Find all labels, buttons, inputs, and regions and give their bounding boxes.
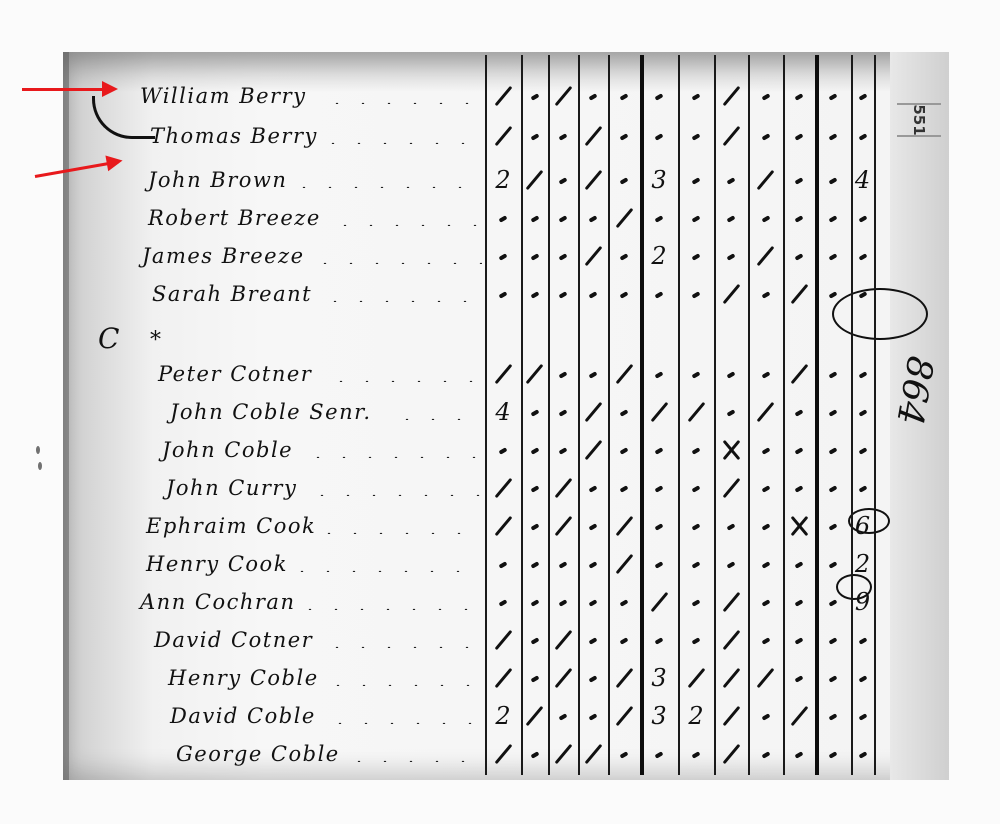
tally-cell [644, 81, 674, 111]
tally-dot-icon [620, 485, 629, 492]
tally-dot-icon [620, 637, 629, 644]
tally-dot-icon [829, 599, 838, 606]
tally-dot-icon [530, 409, 539, 416]
tally-cell [818, 663, 848, 693]
tally-cross-icon [787, 514, 811, 538]
tally-dot-icon [692, 177, 701, 184]
tally-stroke-icon [584, 744, 602, 764]
tally-dot-icon [559, 409, 568, 416]
entry-name: Sarah Breant [152, 276, 312, 312]
tally-cell [818, 203, 848, 233]
tally-cell [716, 701, 746, 731]
tally-dot-icon [530, 215, 539, 222]
tally-cell [751, 473, 781, 503]
tally-cell: 4 [848, 165, 878, 195]
tally-dot-icon [655, 637, 664, 644]
tally-cell [784, 625, 814, 655]
tally-dot-icon [795, 409, 804, 416]
tally-cell [681, 279, 711, 309]
tally-dot-icon [761, 523, 770, 530]
tally-cell [548, 121, 578, 151]
dot-leader [332, 224, 483, 226]
entry-name: Ann Cochran [140, 584, 295, 620]
tally-cell [578, 435, 608, 465]
tally-dot-icon [530, 133, 539, 140]
tally-dot-icon [727, 215, 736, 222]
tally-cell [609, 203, 639, 233]
tally-cell [681, 435, 711, 465]
tally-dot-icon [795, 561, 804, 568]
tally-cell [578, 241, 608, 271]
tally-cell [848, 701, 878, 731]
tally-cell [548, 663, 578, 693]
tally-cell [520, 435, 550, 465]
column-rule [678, 55, 680, 775]
tally-cell [609, 663, 639, 693]
tally-dot-icon [829, 215, 838, 222]
tally-dot-icon [589, 485, 598, 492]
tally-cell [818, 511, 848, 541]
tally-cell: 2 [644, 241, 674, 271]
tally-dot-icon [655, 291, 664, 298]
tally-dot-icon [795, 751, 804, 758]
tally-dot-icon [795, 177, 804, 184]
tally-cell [520, 625, 550, 655]
tally-cell [848, 473, 878, 503]
tally-dot-icon [829, 177, 838, 184]
tally-cell [681, 241, 711, 271]
tally-cell [784, 435, 814, 465]
tally-dot-icon [795, 133, 804, 140]
tally-dot-icon [829, 93, 838, 100]
tally-cell [520, 587, 550, 617]
tally-stroke-icon [526, 364, 544, 384]
tally-dot-icon [559, 599, 568, 606]
tally-dot-icon [692, 523, 701, 530]
section-asterisk: * [150, 328, 161, 353]
tally-cell: 9 [848, 587, 878, 617]
tally-dot-icon [620, 291, 629, 298]
tally-cell [578, 549, 608, 579]
tally-dot-icon [829, 133, 838, 140]
tally-dot-icon [761, 133, 770, 140]
tally-cell [818, 701, 848, 731]
tally-cell [818, 549, 848, 579]
tally-cell [848, 625, 878, 655]
tally-cell [520, 739, 550, 769]
tally-dot-icon [530, 291, 539, 298]
tally-cell [520, 511, 550, 541]
tally-dot-icon [655, 215, 664, 222]
tally-cell [818, 473, 848, 503]
tally-dot-icon [829, 291, 838, 298]
tally-dot-icon [589, 599, 598, 606]
dot-leader [328, 380, 482, 382]
tally-cell [488, 663, 518, 693]
tally-dot-icon [858, 133, 867, 140]
tally-cell [751, 203, 781, 233]
tally-dot-icon [559, 215, 568, 222]
tally-cell [548, 203, 578, 233]
tally-dot-icon [499, 291, 508, 298]
tally-cell [716, 397, 746, 427]
tally-cell [644, 511, 674, 541]
tally-dot-icon [530, 523, 539, 530]
tally-cell [818, 279, 848, 309]
tally-cell [488, 121, 518, 151]
tally-dot-icon [761, 291, 770, 298]
tally-cell [848, 663, 878, 693]
tally-dot-icon [795, 485, 804, 492]
tally-cell [609, 435, 639, 465]
tally-cell [609, 397, 639, 427]
tally-number: 3 [651, 166, 666, 194]
tally-cell [578, 279, 608, 309]
tally-dot-icon [829, 371, 838, 378]
tally-dot-icon [727, 409, 736, 416]
tally-cell [848, 397, 878, 427]
tally-dot-icon [589, 523, 598, 530]
tally-cell [548, 549, 578, 579]
tally-dot-icon [589, 93, 598, 100]
tally-stroke-icon [494, 86, 512, 106]
tally-cell [609, 81, 639, 111]
dot-leader [324, 646, 482, 648]
tally-dot-icon [829, 675, 838, 682]
dot-leader [316, 532, 482, 534]
tally-dot-icon [761, 485, 770, 492]
tally-cell [609, 701, 639, 731]
tally-cell [716, 473, 746, 503]
tally-dot-icon [692, 253, 701, 260]
tally-dot-icon [858, 93, 867, 100]
tally-cell [609, 241, 639, 271]
tally-dot-icon [589, 713, 598, 720]
tally-dot-icon [829, 253, 838, 260]
tally-cell [716, 81, 746, 111]
tally-dot-icon [761, 93, 770, 100]
tally-cell [609, 121, 639, 151]
tally-cell: 2 [488, 165, 518, 195]
tally-stroke-icon [584, 402, 602, 422]
tally-cell [520, 359, 550, 389]
tally-dot-icon [655, 523, 664, 530]
tally-dot-icon [858, 371, 867, 378]
tally-stroke-icon [615, 364, 633, 384]
tally-dot-icon [858, 447, 867, 454]
entry-name: John Coble Senr. [170, 394, 372, 430]
tally-cell: 3 [644, 663, 674, 693]
tally-number: 4 [855, 166, 870, 194]
tally-dot-icon [620, 93, 629, 100]
tally-dot-icon [499, 599, 508, 606]
tally-cell [488, 625, 518, 655]
tally-stroke-icon [615, 208, 633, 228]
tally-dot-icon [795, 215, 804, 222]
tally-cell [488, 549, 518, 579]
tally-dot-icon [692, 133, 701, 140]
entry-name: John Brown [148, 162, 287, 198]
tally-cell [716, 121, 746, 151]
tally-cell [520, 397, 550, 427]
tally-cell [751, 587, 781, 617]
tally-cell [488, 587, 518, 617]
tally-cell [578, 165, 608, 195]
tally-dot-icon [620, 447, 629, 454]
tally-stroke-icon [494, 744, 512, 764]
tally-stroke-icon [722, 592, 740, 612]
tally-cell [548, 435, 578, 465]
tally-dot-icon [692, 599, 701, 606]
entry-name: Henry Cook [146, 546, 288, 582]
tally-cell [520, 701, 550, 731]
tally-dot-icon [499, 561, 508, 568]
tally-stroke-icon [494, 630, 512, 650]
tally-stroke-icon [615, 668, 633, 688]
tally-cell [644, 121, 674, 151]
tally-dot-icon [795, 253, 804, 260]
tally-cell [488, 359, 518, 389]
tally-cell [818, 359, 848, 389]
tally-cell [488, 279, 518, 309]
tally-cell [609, 165, 639, 195]
tally-cell: 2 [488, 701, 518, 731]
tally-dot-icon [530, 253, 539, 260]
tally-cell [784, 701, 814, 731]
tally-dot-icon [530, 637, 539, 644]
tally-stroke-icon [554, 86, 572, 106]
tally-dot-icon [829, 447, 838, 454]
tally-stroke-icon [790, 706, 808, 726]
tally-number: 3 [651, 664, 666, 692]
tally-dot-icon [499, 447, 508, 454]
tally-cell [818, 435, 848, 465]
ink-spot [36, 446, 40, 454]
tally-cell [578, 587, 608, 617]
tally-cell: 6 [848, 511, 878, 541]
tally-cell [716, 241, 746, 271]
tally-dot-icon [530, 751, 539, 758]
tally-cell [520, 663, 550, 693]
tally-cell [548, 165, 578, 195]
tally-dot-icon [761, 215, 770, 222]
dot-leader [320, 142, 482, 144]
tally-dot-icon [559, 253, 568, 260]
tally-cell [681, 625, 711, 655]
entry-name: David Cotner [154, 622, 313, 658]
tally-dot-icon [589, 637, 598, 644]
tally-cell [751, 397, 781, 427]
tally-dot-icon [858, 409, 867, 416]
tally-dot-icon [559, 447, 568, 454]
tally-cell [751, 663, 781, 693]
tally-cell [609, 359, 639, 389]
tally-cell [818, 739, 848, 769]
tally-dot-icon [692, 637, 701, 644]
tally-dot-icon [530, 447, 539, 454]
tally-dot-icon [727, 253, 736, 260]
tally-cell [716, 279, 746, 309]
tally-cell [784, 739, 814, 769]
tally-cell [548, 625, 578, 655]
tally-cell [848, 241, 878, 271]
tally-dot-icon [829, 409, 838, 416]
tally-cell [784, 121, 814, 151]
tally-number: 9 [855, 588, 870, 616]
tally-cell [716, 625, 746, 655]
tally-dot-icon [620, 253, 629, 260]
tally-cell [716, 203, 746, 233]
tally-stroke-icon [722, 706, 740, 726]
tally-cell [520, 549, 550, 579]
tally-dot-icon [589, 371, 598, 378]
tally-cell [716, 549, 746, 579]
tally-stroke-icon [554, 668, 572, 688]
dot-leader [305, 456, 482, 458]
tally-dot-icon [858, 485, 867, 492]
tally-stroke-icon [615, 554, 633, 574]
tally-cell [488, 511, 518, 541]
entry-name: George Coble [176, 736, 340, 772]
tally-stroke-icon [687, 402, 705, 422]
tally-cell [784, 203, 814, 233]
tally-cell [644, 473, 674, 503]
tally-cell [681, 549, 711, 579]
tally-cell [578, 625, 608, 655]
tally-stroke-icon [650, 592, 668, 612]
tally-dot-icon [655, 371, 664, 378]
entry-name: James Breeze [142, 238, 305, 274]
tally-cell [548, 511, 578, 541]
tally-cell [488, 203, 518, 233]
tally-cell [848, 279, 878, 309]
tally-cell [818, 397, 848, 427]
tally-dot-icon [795, 675, 804, 682]
tally-stroke-icon [584, 440, 602, 460]
tally-stroke-icon [722, 744, 740, 764]
tally-dot-icon [761, 561, 770, 568]
entry-name: Ephraim Cook [146, 508, 316, 544]
tally-cell [681, 359, 711, 389]
red-arrow-icon [22, 88, 114, 91]
tally-cell [578, 701, 608, 731]
tally-dot-icon [620, 133, 629, 140]
tally-cell [609, 739, 639, 769]
tally-cell [520, 473, 550, 503]
tally-stroke-icon [757, 246, 775, 266]
tally-cell [716, 165, 746, 195]
tally-dot-icon [761, 447, 770, 454]
tally-cell [548, 587, 578, 617]
tally-cell [716, 359, 746, 389]
tally-cell [609, 587, 639, 617]
tally-dot-icon [692, 215, 701, 222]
tally-cell [848, 203, 878, 233]
tally-cell [644, 625, 674, 655]
tally-dot-icon [858, 751, 867, 758]
tally-dot-icon [559, 291, 568, 298]
tally-stroke-icon [757, 170, 775, 190]
tally-stroke-icon [526, 170, 544, 190]
tally-dot-icon [589, 675, 598, 682]
tally-dot-icon [530, 599, 539, 606]
tally-cell [578, 359, 608, 389]
tally-dot-icon [795, 93, 804, 100]
tally-dot-icon [727, 561, 736, 568]
tally-cell [716, 739, 746, 769]
tally-cell [609, 511, 639, 541]
tally-stroke-icon [584, 170, 602, 190]
dot-leader [291, 186, 482, 188]
tally-cell [751, 279, 781, 309]
tally-dot-icon [761, 637, 770, 644]
section-letter: C [98, 322, 119, 355]
tally-stroke-icon [584, 246, 602, 266]
tally-stroke-icon [722, 86, 740, 106]
tally-cell [488, 435, 518, 465]
tally-dot-icon [858, 713, 867, 720]
dot-leader [327, 722, 483, 724]
tally-dot-icon [655, 561, 664, 568]
tally-dot-icon [829, 561, 838, 568]
tally-cell [784, 81, 814, 111]
tally-cell [681, 203, 711, 233]
entry-name: John Curry [166, 470, 297, 506]
dot-leader [312, 262, 482, 264]
tally-cell [578, 81, 608, 111]
tally-stroke-icon [790, 364, 808, 384]
tally-stroke-icon [757, 402, 775, 422]
tally-cell [818, 121, 848, 151]
tally-dot-icon [829, 713, 838, 720]
tally-cell [578, 663, 608, 693]
tally-dot-icon [499, 215, 508, 222]
tally-cell [520, 81, 550, 111]
entry-name: William Berry [140, 78, 307, 114]
tally-cell [681, 165, 711, 195]
tally-cell [520, 165, 550, 195]
tally-dot-icon [589, 561, 598, 568]
tally-stroke-icon [494, 126, 512, 146]
tally-cross-icon [719, 438, 743, 462]
tally-cell [681, 473, 711, 503]
tally-dot-icon [620, 409, 629, 416]
tally-cell [784, 359, 814, 389]
tally-cell [784, 397, 814, 427]
tally-stroke-icon [494, 478, 512, 498]
tally-stroke-icon [722, 126, 740, 146]
tally-dot-icon [692, 93, 701, 100]
tally-cell [578, 511, 608, 541]
tally-cell [548, 397, 578, 427]
tally-cell: 2 [681, 701, 711, 731]
tally-dot-icon [795, 637, 804, 644]
dot-leader [394, 418, 482, 420]
dot-leader [297, 608, 483, 610]
tally-cell: 4 [488, 397, 518, 427]
tally-number: 2 [495, 702, 510, 730]
tally-cell [716, 435, 746, 465]
tally-cell [520, 121, 550, 151]
tally-cell [784, 165, 814, 195]
tally-cell [818, 81, 848, 111]
tally-cell [818, 587, 848, 617]
tally-dot-icon [655, 447, 664, 454]
tally-dot-icon [727, 523, 736, 530]
tally-cell [644, 739, 674, 769]
tally-cell [609, 625, 639, 655]
tally-dot-icon [620, 177, 629, 184]
